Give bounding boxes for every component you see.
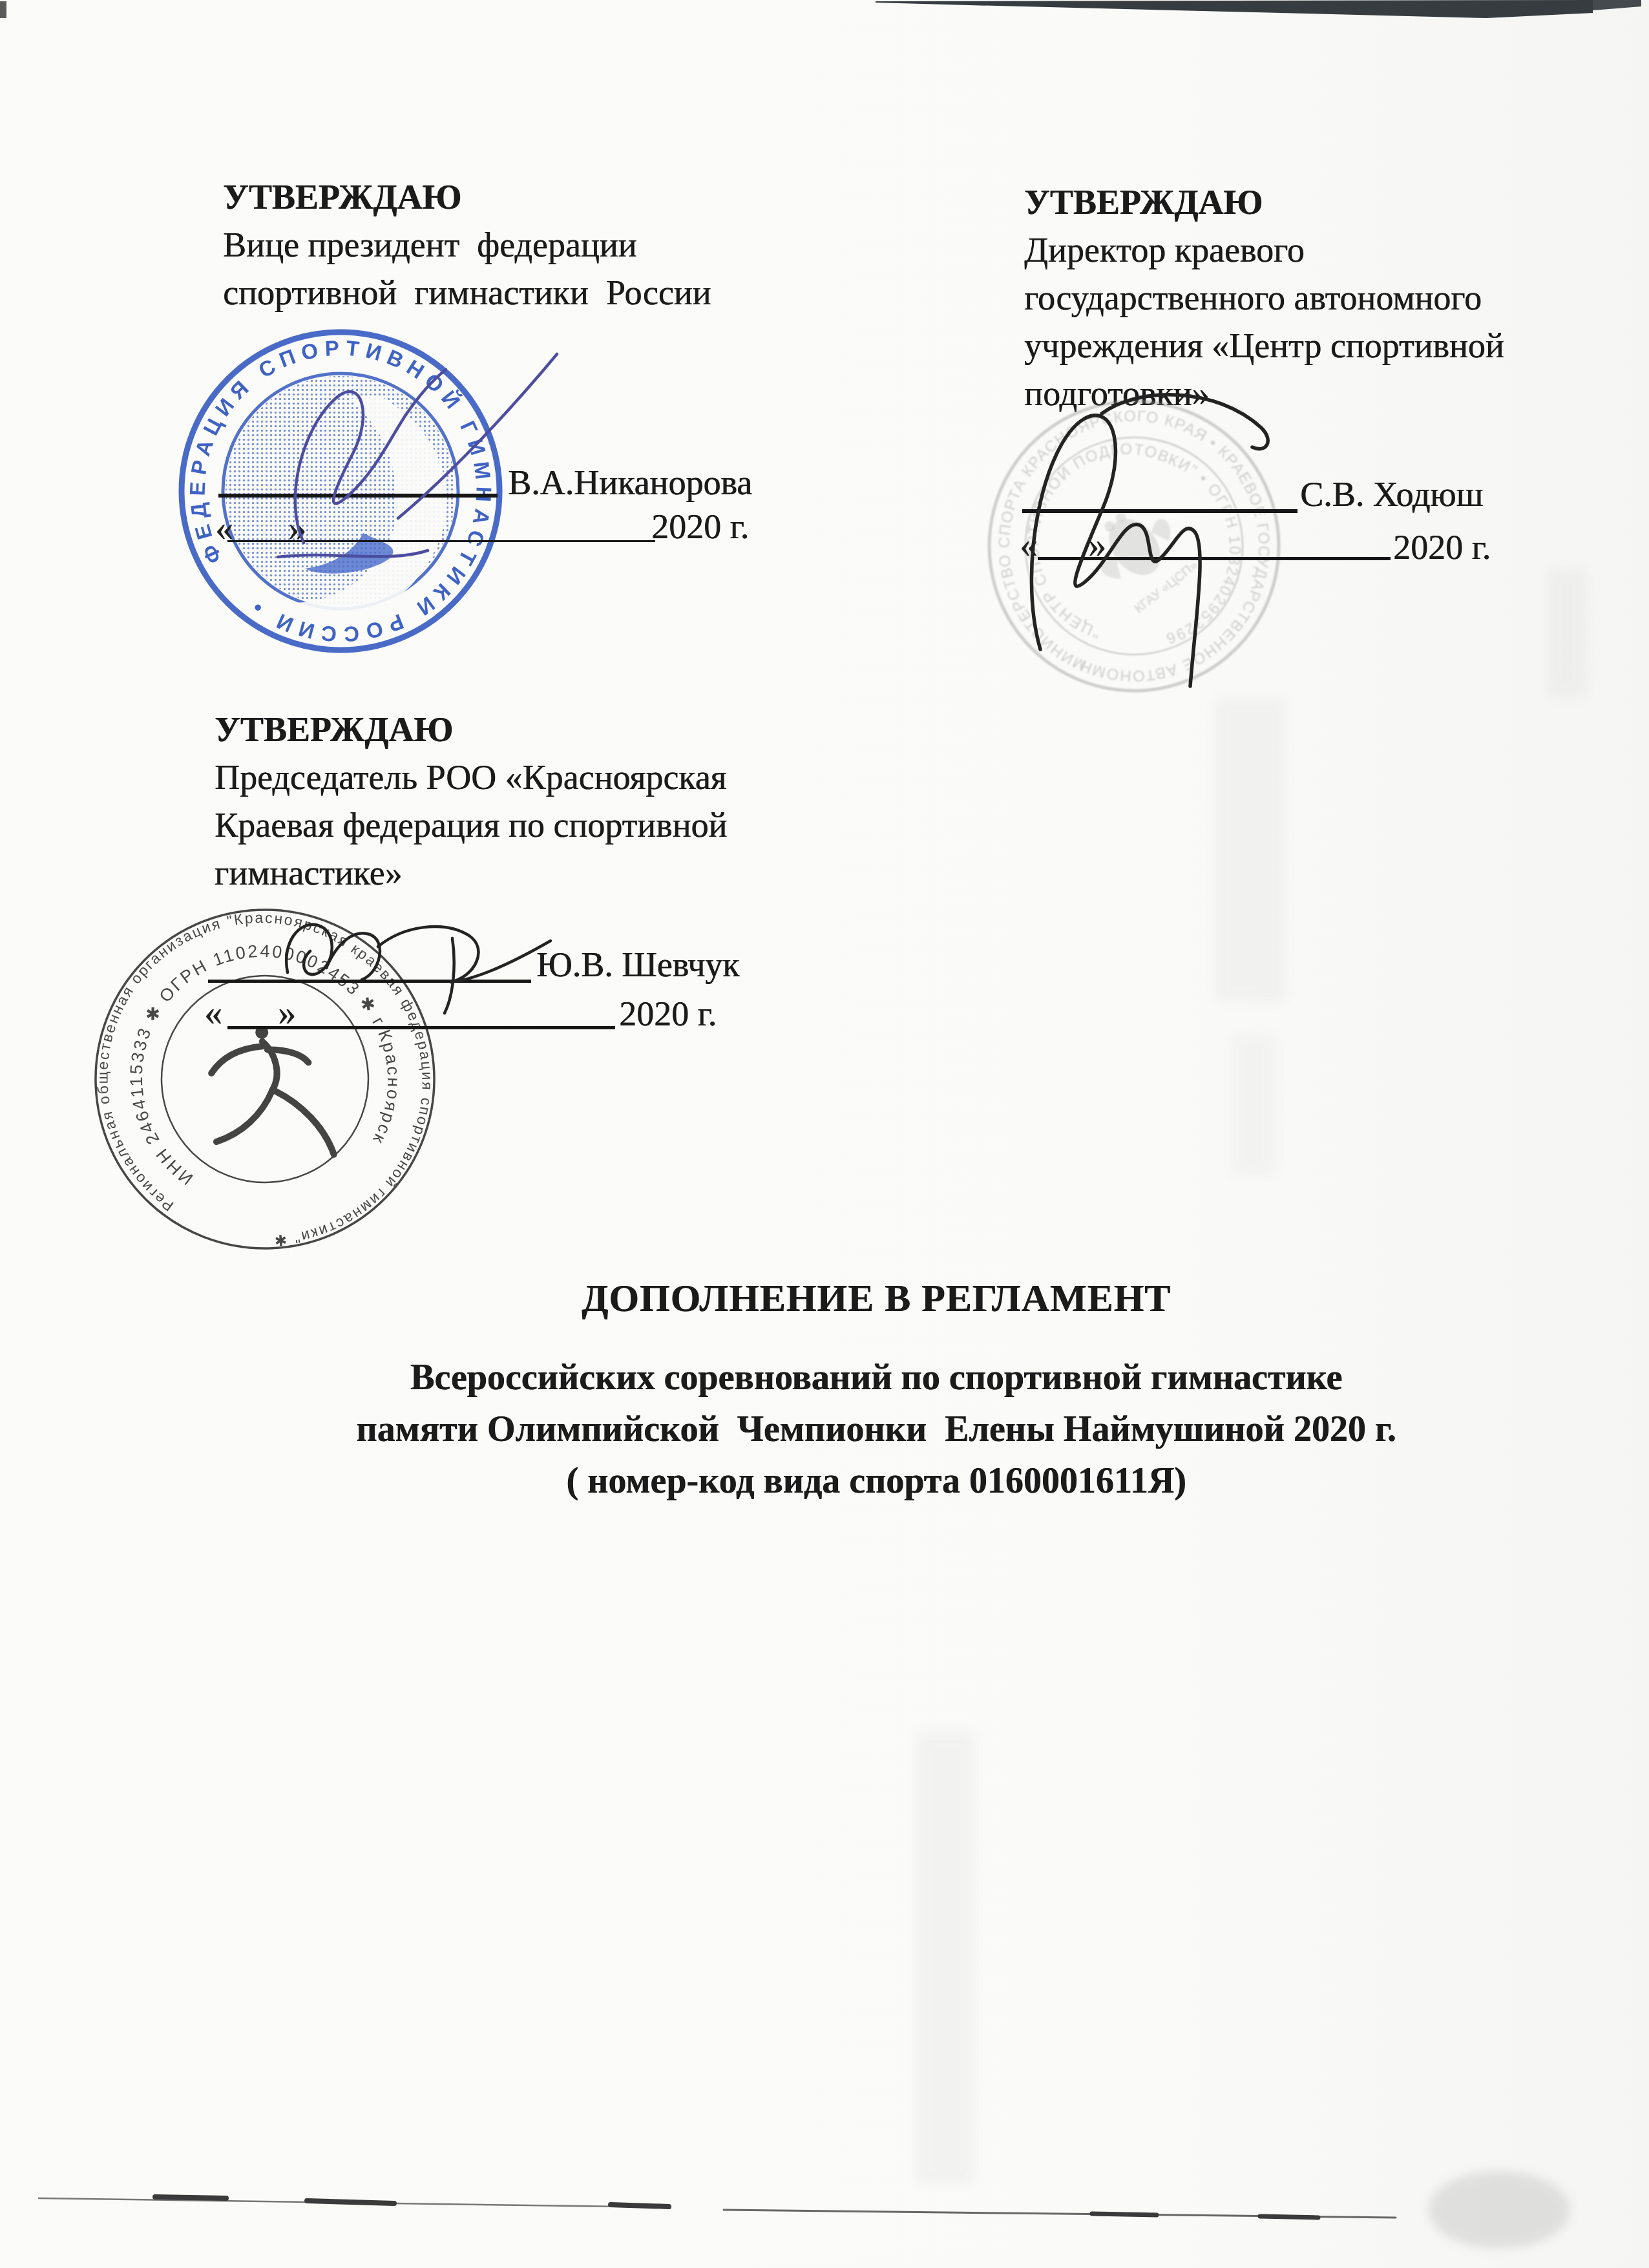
nikanorova-signature	[278, 354, 557, 557]
shevchuk-signature	[286, 925, 551, 1013]
khodyush-signature	[1031, 395, 1268, 686]
scan-artifact-edge-mark	[0, 1, 6, 18]
scan-artifact-top-band	[1593, 0, 1641, 10]
ink-and-artifacts-overlay	[0, 0, 1649, 2268]
scan-artifact-smudge	[1428, 2171, 1570, 2249]
scan-artifact-top-band	[876, 0, 1593, 18]
scan-artifact-bottom-line	[39, 2171, 1570, 2249]
scanned-document-page: УТВЕРЖДАЮ Вице президент федерации спорт…	[0, 0, 1649, 2268]
